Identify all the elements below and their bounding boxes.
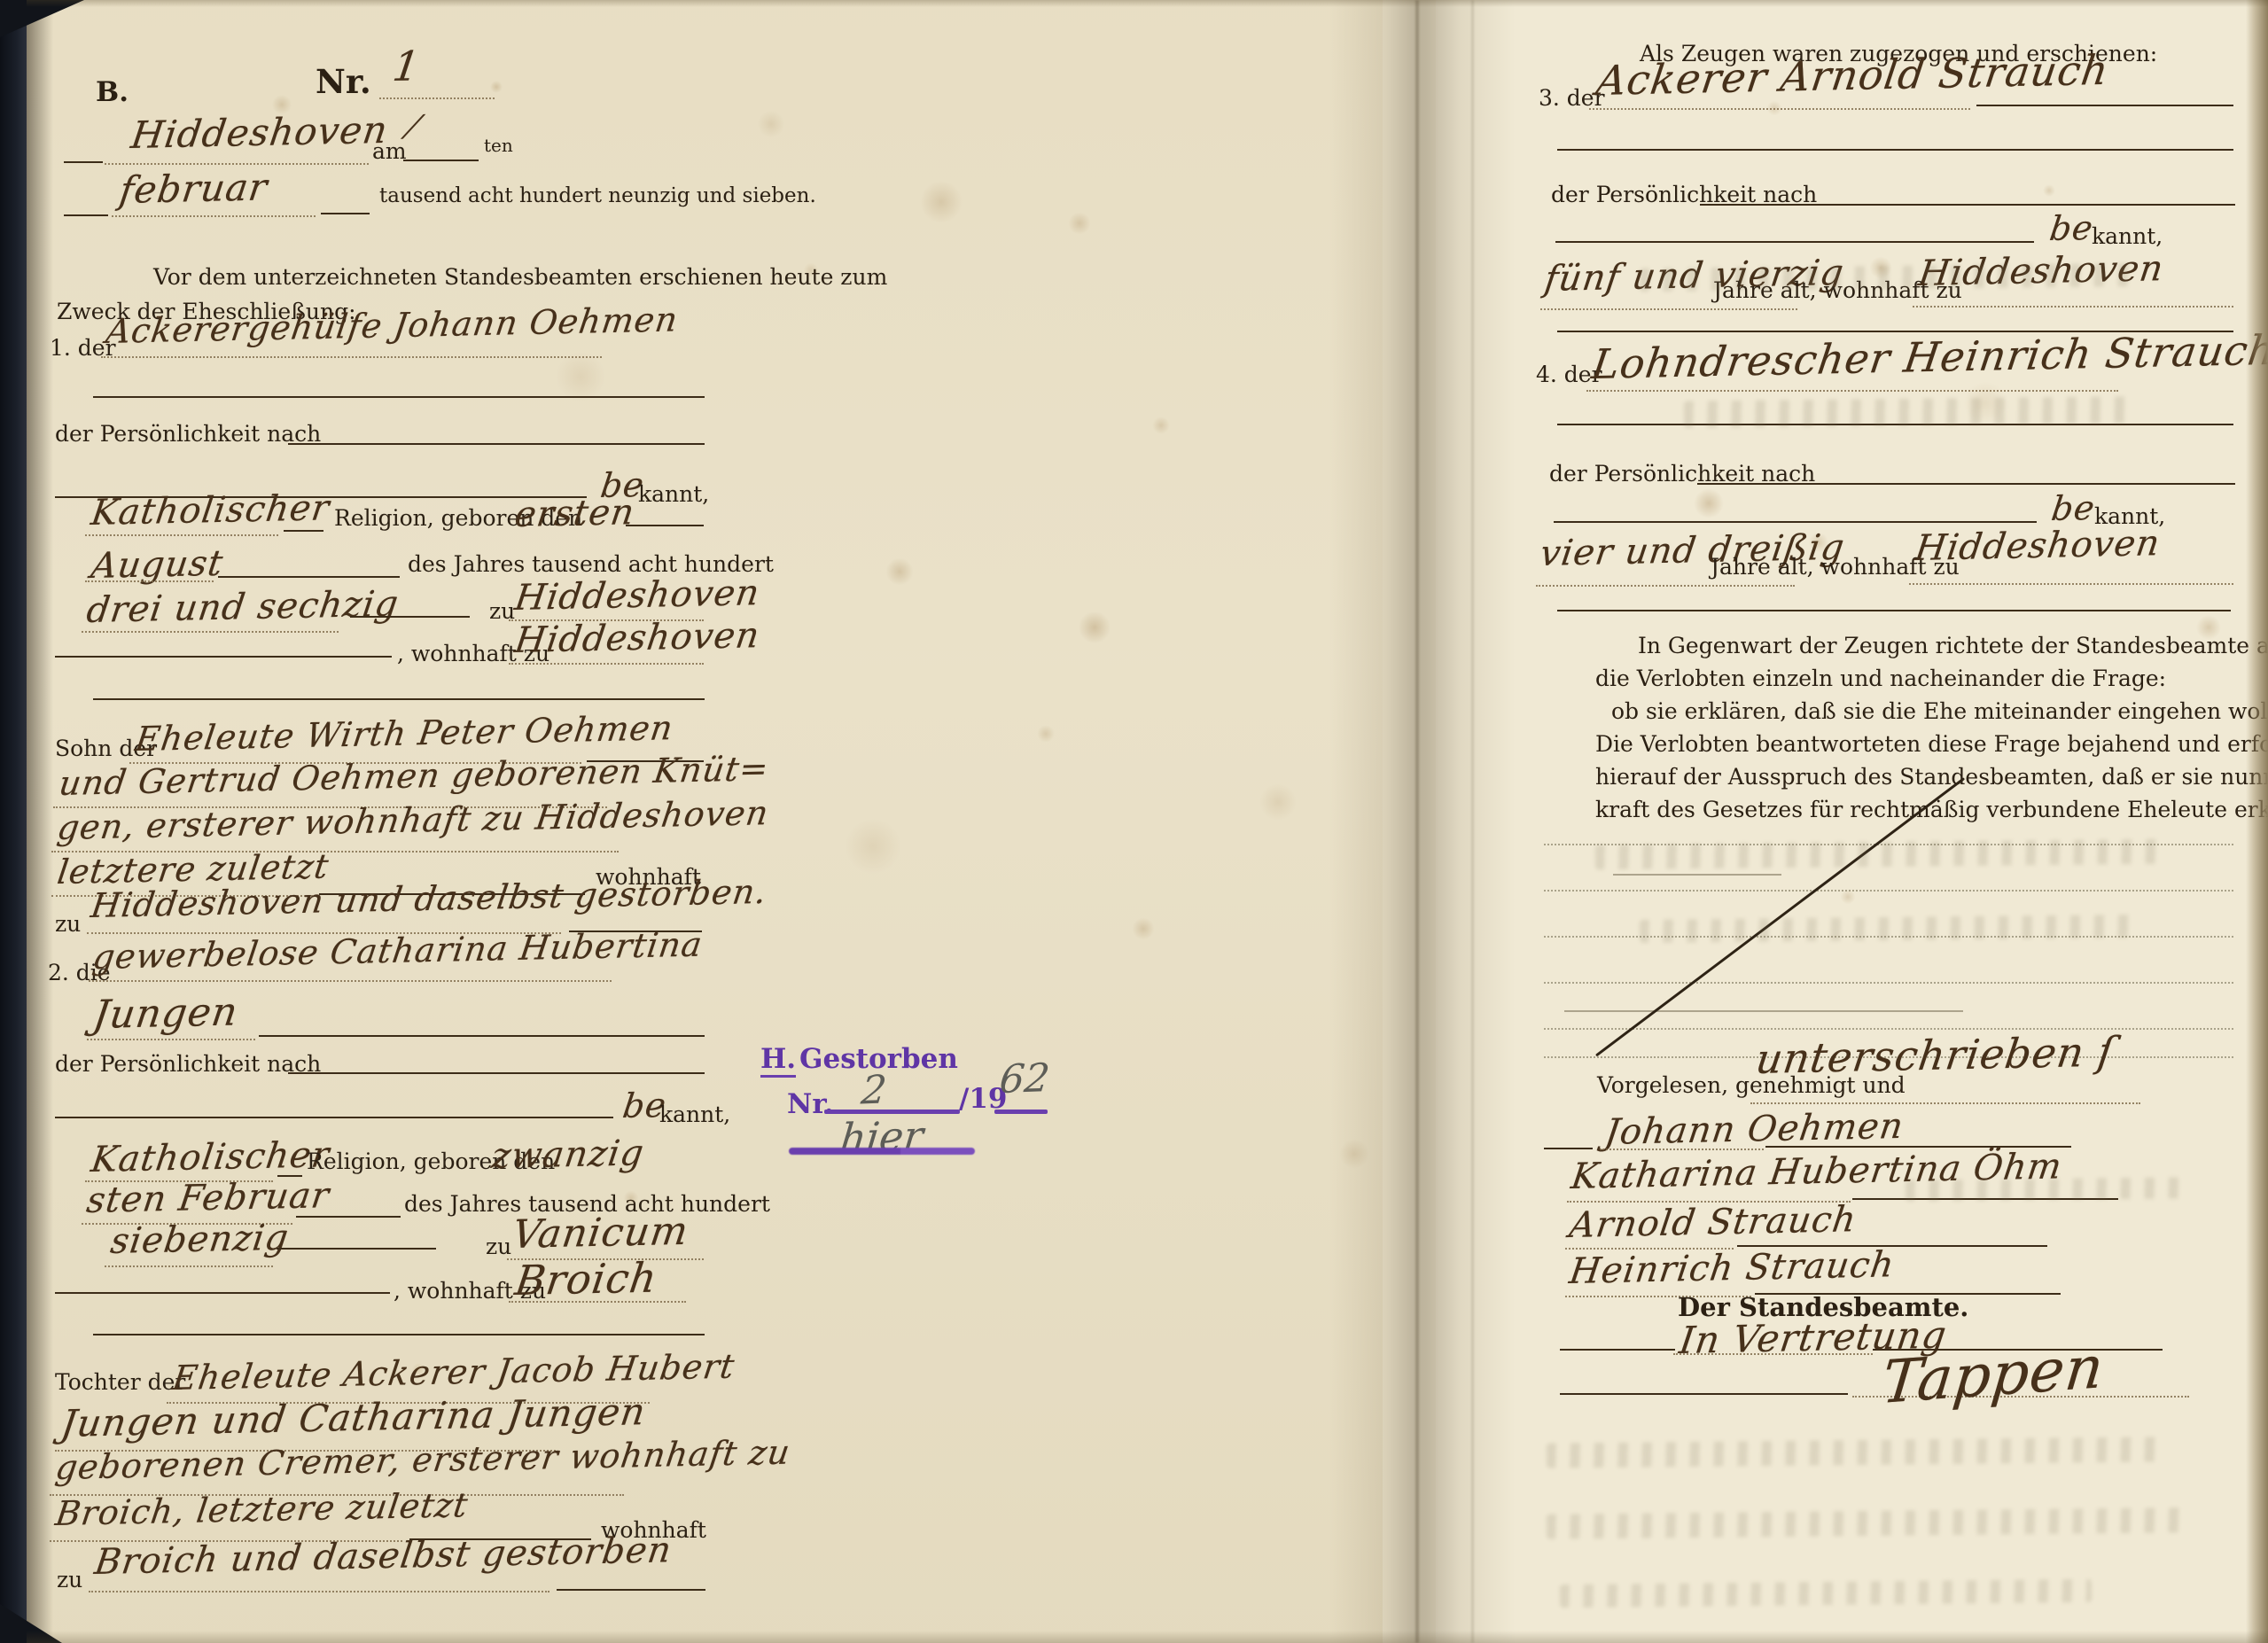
rule bbox=[403, 160, 479, 161]
rule bbox=[1557, 610, 2231, 611]
rule bbox=[277, 1248, 436, 1250]
bride-birth-place: Vanicum bbox=[510, 1209, 691, 1258]
marriage-day: ⁄ bbox=[408, 110, 419, 146]
dotted-line bbox=[89, 980, 612, 982]
rule bbox=[1697, 483, 2235, 485]
declaration-line3: ob sie erklären, daß sie die Ehe miteina… bbox=[1611, 698, 2268, 724]
rule bbox=[321, 213, 370, 214]
rule bbox=[288, 443, 705, 445]
rule bbox=[1852, 1198, 2118, 1200]
stamp-rule bbox=[994, 1110, 1048, 1114]
groom-parents-zu-label: zu bbox=[55, 911, 81, 937]
bride-personality-label: der Persönlichkeit nach bbox=[55, 1051, 321, 1077]
declaration-line2: die Verlobten einzeln und nacheinander d… bbox=[1595, 666, 2166, 691]
gutter-crease bbox=[1415, 0, 1419, 1643]
rule bbox=[296, 1216, 401, 1218]
dotted-line bbox=[1544, 890, 2233, 892]
groom-kannt-label: kannt, bbox=[638, 481, 709, 507]
registrar-signature: Tappen bbox=[1879, 1333, 2108, 1417]
rule bbox=[1544, 1148, 1593, 1149]
rule bbox=[93, 698, 705, 700]
tochter-der-label: Tochter der bbox=[55, 1369, 185, 1395]
dotted-line bbox=[379, 97, 495, 99]
rule bbox=[284, 530, 323, 532]
binding-shadow bbox=[27, 0, 53, 1643]
bride-name-line2: Jungen bbox=[90, 989, 241, 1038]
bottom-edge-shade bbox=[27, 1631, 2268, 1643]
dotted-line bbox=[1540, 308, 1797, 310]
section-letter: B. bbox=[96, 76, 129, 108]
bride-birth-day: zwanzig bbox=[489, 1133, 647, 1177]
dotted-line bbox=[1600, 1149, 1764, 1150]
dotted-line bbox=[1750, 1102, 2140, 1104]
dotted-line bbox=[101, 356, 602, 358]
entry-number-value: 1 bbox=[390, 42, 424, 90]
rule bbox=[55, 1292, 390, 1294]
dotted-line bbox=[509, 1301, 686, 1303]
witness4-name: Lohndrescher Heinrich Strauch bbox=[1589, 326, 2268, 388]
witness3-kannt-label: kannt, bbox=[2092, 223, 2163, 249]
am-label: am bbox=[372, 138, 407, 164]
rule bbox=[55, 656, 392, 658]
rule bbox=[64, 161, 103, 163]
dotted-line bbox=[509, 663, 704, 665]
groom-parents-line3: gen, ersterer wohnhaft zu Hiddeshoven bbox=[55, 793, 771, 847]
rule bbox=[259, 1035, 705, 1037]
bride-birth-day2: sten Februar bbox=[84, 1175, 332, 1221]
rule bbox=[288, 1072, 705, 1074]
dotted-line bbox=[1589, 108, 1970, 110]
dotted-line bbox=[1586, 390, 2118, 392]
marriage-place: Hiddeshoven bbox=[129, 108, 391, 157]
page-gutter bbox=[1329, 0, 1516, 1643]
bleedthrough-text bbox=[1547, 1437, 2167, 1468]
dotted-line bbox=[85, 580, 214, 582]
ten-suffix-label: ten bbox=[484, 135, 513, 156]
groom-residence: Hiddeshoven bbox=[512, 615, 762, 661]
dotted-line bbox=[1536, 585, 1795, 587]
bride-birth-year: siebenzig bbox=[108, 1218, 292, 1262]
groom-religion: Katholischer bbox=[89, 487, 332, 533]
witness3-residence: Hiddeshoven bbox=[1916, 248, 2166, 294]
rule bbox=[1560, 1349, 1675, 1351]
bride-kannt-label: kannt, bbox=[659, 1102, 730, 1127]
dotted-line bbox=[89, 1591, 549, 1592]
bride-parents-line5: Broich und daselbst gestorben bbox=[92, 1530, 674, 1583]
dotted-line bbox=[1544, 844, 2233, 845]
bride-zu-label: zu bbox=[486, 1234, 511, 1259]
death-stamp-h-label: H. bbox=[760, 1043, 796, 1078]
dotted-line bbox=[1544, 982, 2233, 984]
rule bbox=[1557, 149, 2233, 151]
rule bbox=[557, 1589, 705, 1591]
groom-birth-place: Hiddeshoven bbox=[512, 572, 762, 619]
dotted-line bbox=[82, 631, 339, 633]
book-binding bbox=[0, 0, 27, 1643]
death-stamp-nr-value: 2 bbox=[859, 1067, 888, 1113]
rule bbox=[64, 214, 108, 216]
entry-number-label: Nr. bbox=[316, 62, 371, 101]
death-stamp-nr-label: Nr. bbox=[787, 1088, 834, 1120]
faint-rule bbox=[1564, 1010, 1963, 1012]
bleedthrough-text bbox=[1560, 1579, 2092, 1608]
signature-witness3: Arnold Strauch bbox=[1567, 1199, 1859, 1246]
top-edge-shade bbox=[27, 0, 2268, 7]
declaration-line5: hierauf der Ausspruch des Standesbeamten… bbox=[1595, 764, 2268, 790]
rule bbox=[1560, 1393, 1848, 1395]
bride-parents-line4: Broich, letztere zuletzt bbox=[53, 1485, 471, 1533]
rule bbox=[93, 1334, 705, 1335]
bride-parents-zu-label: zu bbox=[57, 1567, 82, 1592]
declaration-line1: In Gegenwart der Zeugen richtete der Sta… bbox=[1638, 633, 2268, 658]
dotted-line bbox=[105, 163, 369, 165]
dotted-line bbox=[1913, 306, 2233, 308]
death-stamp-hier: hier bbox=[838, 1111, 925, 1162]
rule bbox=[626, 525, 704, 526]
witness3-be-hand: be bbox=[2047, 208, 2096, 248]
witness3-name: Ackerer Arnold Strauch bbox=[1594, 46, 2112, 105]
bride-residence: Broich bbox=[512, 1253, 660, 1304]
intro-line1: Vor dem unterzeichneten Standesbeamten e… bbox=[153, 264, 887, 290]
dotted-line bbox=[112, 215, 316, 217]
rule bbox=[1554, 521, 2037, 523]
bleedthrough-text bbox=[1547, 1507, 2185, 1539]
rule bbox=[93, 396, 705, 398]
rule bbox=[1557, 424, 2233, 425]
unterschrieben-hand: unterschrieben ſ bbox=[1753, 1027, 2117, 1083]
rule bbox=[350, 616, 470, 618]
bleedthrough-text bbox=[1640, 915, 2136, 943]
rule bbox=[55, 1117, 613, 1118]
rule bbox=[218, 576, 400, 578]
dotted-line bbox=[105, 1265, 273, 1267]
groom-parents-line1: Eheleute Wirth Peter Oehmen bbox=[133, 708, 676, 759]
corner-dark-top-left bbox=[0, 0, 84, 37]
declaration-line4: Die Verlobten beantworteten diese Frage … bbox=[1595, 731, 2268, 757]
dotted-line bbox=[1673, 1353, 1873, 1355]
stamp-bar bbox=[789, 1148, 975, 1155]
bride-religion: Katholischer bbox=[89, 1134, 332, 1180]
gutter-crease-secondary bbox=[1471, 0, 1474, 1643]
groom-birth-year: drei und sechzig bbox=[84, 583, 401, 631]
groom-personality-label: der Persönlichkeit nach bbox=[55, 421, 321, 447]
dotted-line bbox=[87, 1039, 255, 1040]
rule bbox=[1976, 105, 2233, 106]
death-stamp-year-value: 62 bbox=[997, 1055, 1051, 1102]
rule bbox=[1700, 204, 2235, 206]
dotted-line bbox=[85, 534, 278, 536]
registry-book-spread: B. Nr. 1 Hiddeshoven am ⁄ ten februar ta… bbox=[0, 0, 2268, 1643]
dotted-line bbox=[1544, 1028, 2233, 1030]
witness4-residence: Hiddeshoven bbox=[1913, 523, 2163, 569]
witness4-be-hand: be bbox=[2049, 488, 2098, 528]
dotted-line bbox=[1544, 936, 2233, 938]
marriage-year-label: tausend acht hundert neunzig und sieben. bbox=[379, 184, 816, 207]
rule bbox=[1555, 241, 2034, 243]
dotted-line bbox=[1909, 583, 2233, 585]
faint-rule bbox=[1613, 874, 1781, 876]
groom-birth-day: ersten bbox=[512, 492, 637, 535]
marriage-month: februar bbox=[117, 165, 270, 212]
signature-bride: Katharina Hubertina Öhm bbox=[1569, 1146, 2065, 1197]
bride-parents-line1: Eheleute Ackerer Jacob Hubert bbox=[170, 1347, 737, 1398]
signature-witness4: Heinrich Strauch bbox=[1567, 1244, 1898, 1292]
